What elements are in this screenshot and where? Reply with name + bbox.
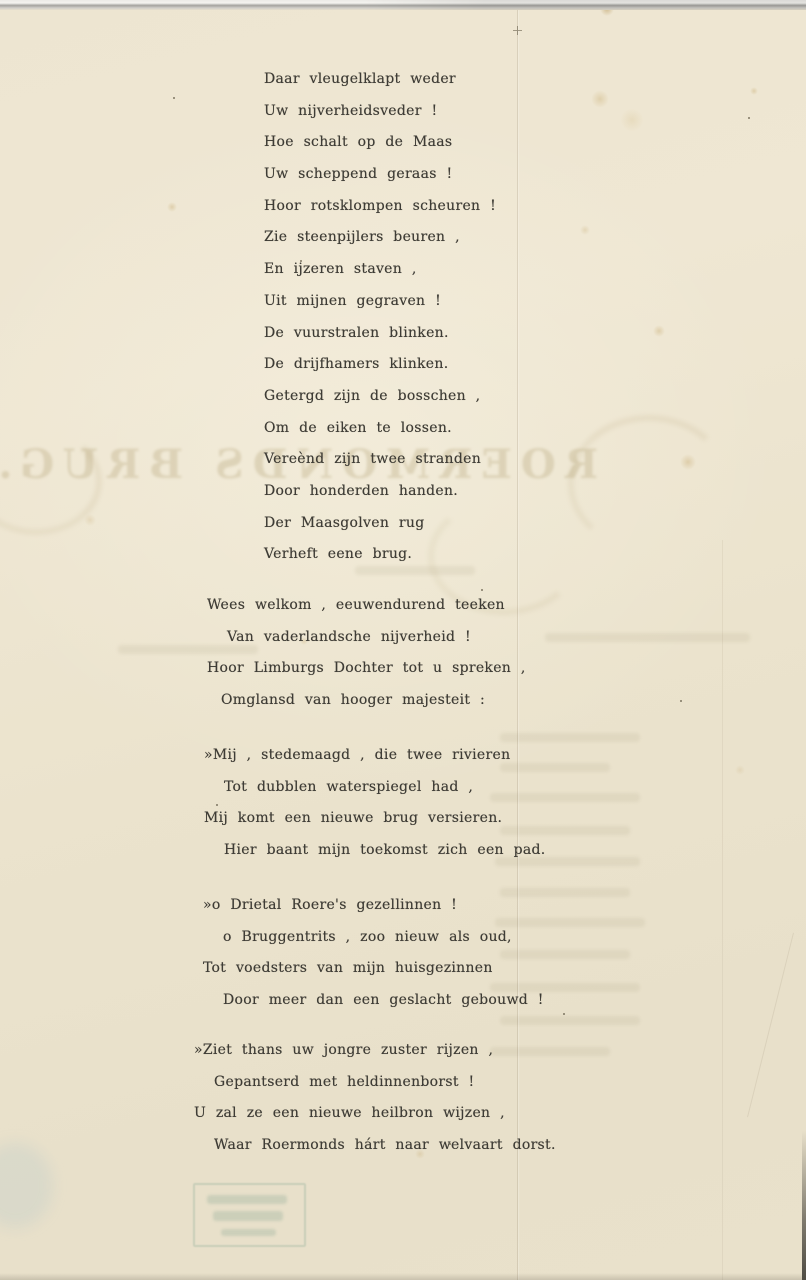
poem-line: Verheft eene brug. (264, 539, 496, 571)
stanza-5: »Ziet thans uw jongre zuster rijzen , Ge… (194, 1035, 556, 1162)
paper-speck (748, 117, 750, 119)
stanza-2: Wees welkom , eeuwendurend teeken Van va… (207, 590, 526, 717)
poem-line: Tot dubblen waterspiegel had , (224, 772, 546, 804)
scratch-line (747, 933, 794, 1118)
poem-line: En ijzeren staven , (264, 254, 496, 286)
crease-line (722, 540, 723, 1280)
stain (680, 454, 696, 470)
stain (620, 108, 644, 132)
stain (580, 225, 590, 235)
paper-speck (173, 97, 175, 99)
poem-line: Waar Roermonds hárt naar welvaart dorst. (214, 1130, 556, 1162)
bleed-through-stamp (193, 1183, 306, 1247)
poem-line: Gepantserd met heldinnenborst ! (214, 1067, 556, 1099)
poem-line: Hoe schalt op de Maas (264, 127, 496, 159)
poem-line: »Mij , stedemaagd , die twee rivieren (204, 740, 546, 772)
stanza-1: Daar vleugelklapt weder Uw nijverheidsve… (264, 64, 496, 571)
poem-line: o Bruggentrits , zoo nieuw als oud, (223, 922, 544, 954)
bleed-through-text-line (500, 1016, 640, 1025)
poem-line: Om de eiken te lossen. (264, 413, 496, 445)
poem-line: De drijfhamers klinken. (264, 349, 496, 381)
paper-speck (680, 700, 682, 702)
blue-tint-blob (0, 1143, 53, 1228)
stanza-4: »o Drietal Roere's gezellinnen ! o Brugg… (203, 890, 544, 1017)
stain (167, 202, 177, 212)
poem-line: Wees welkom , eeuwendurend teeken (207, 590, 526, 622)
poem-line: Hoor Limburgs Dochter tot u spreken , (207, 653, 526, 685)
stain (591, 90, 609, 108)
poem-line: Hoor rotsklompen scheuren ! (264, 191, 496, 223)
stain (84, 514, 96, 526)
bleed-through-text-line (545, 633, 750, 642)
poem-line: Mij komt een nieuwe brug versieren. (204, 803, 546, 835)
poem-line: Daar vleugelklapt weder (264, 64, 496, 96)
poem-line: De vuurstralen blinken. (264, 318, 496, 350)
poem-line: Uw nijverheidsveder ! (264, 96, 496, 128)
poem-line: Uit mijnen gegraven ! (264, 286, 496, 318)
poem-line: Tot voedsters van mijn huisgezinnen (203, 953, 544, 985)
poem-line: Door honderden handen. (264, 476, 496, 508)
poem-line: Door meer dan een geslacht gebouwd ! (223, 985, 544, 1017)
scan-top-edge-shade (0, 0, 806, 10)
registration-mark (513, 26, 522, 35)
stain (750, 87, 758, 95)
poem-line: Uw scheppend geraas ! (264, 159, 496, 191)
paper-speck (563, 1013, 565, 1015)
page-right-edge (802, 1130, 806, 1280)
page-bottom-edge (0, 1273, 806, 1280)
poem-line: Van vaderlandsche nijverheid ! (227, 622, 526, 654)
poem-line: »Ziet thans uw jongre zuster rijzen , (194, 1035, 556, 1067)
poem-line: »o Drietal Roere's gezellinnen ! (203, 890, 544, 922)
poem-line: Zie steenpijlers beuren , (264, 222, 496, 254)
stain (653, 325, 665, 337)
poem-line: Vereènd zijn twee stranden (264, 444, 496, 476)
poem-line: Getergd zijn de bosschen , (264, 381, 496, 413)
bleed-through-ornament (568, 415, 730, 552)
stanza-3: »Mij , stedemaagd , die twee rivieren To… (204, 740, 546, 867)
scanned-page: ROERMONDS BRUG. (0, 0, 806, 1280)
poem-line: Omglansd van hooger majesteit : (221, 685, 526, 717)
poem-line: U zal ze een nieuwe heilbron wijzen , (194, 1098, 556, 1130)
stain (735, 765, 745, 775)
poem-line: Hier baant mijn toekomst zich een pad. (224, 835, 546, 867)
poem-line: Der Maasgolven rug (264, 508, 496, 540)
